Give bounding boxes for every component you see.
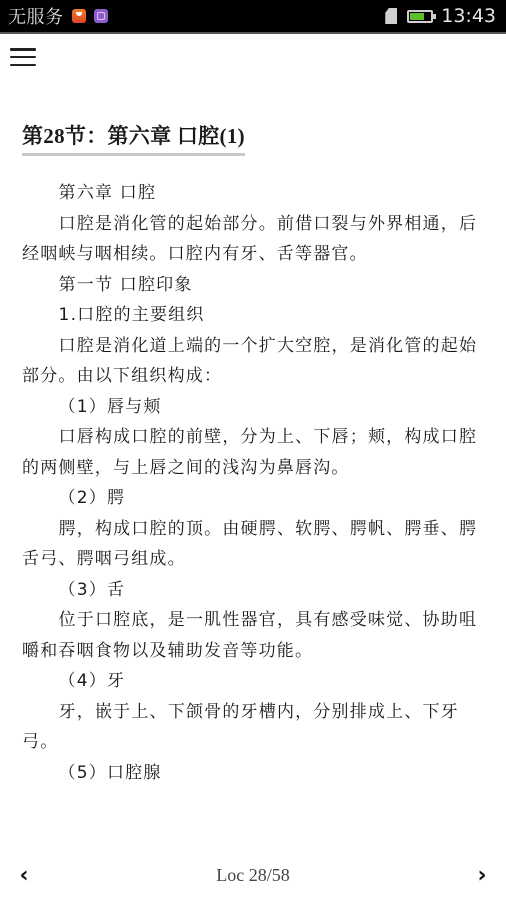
location-indicator: Loc 28/58: [216, 865, 290, 886]
hamburger-menu-icon[interactable]: [10, 46, 36, 68]
paragraph: 口腔是消化管的起始部分。前借口裂与外界相通，后经咽峡与咽相续。口腔内有牙、舌等器…: [22, 209, 488, 270]
paragraph: 位于口腔底，是一肌性器官，具有感受味觉、协助咀嚼和吞咽食物以及辅助发音等功能。: [22, 605, 488, 666]
purple-app-notification-icon: [94, 9, 108, 23]
chevron-right-icon[interactable]: ›: [472, 863, 492, 888]
paragraph: 腭，构成口腔的顶。由硬腭、软腭、腭帆、腭垂、腭舌弓、腭咽弓组成。: [22, 514, 488, 575]
paragraph: 牙，嵌于上、下颌骨的牙槽内，分别排成上、下牙弓。: [22, 697, 488, 758]
battery-charging-icon: [407, 10, 433, 23]
chevron-left-icon[interactable]: ‹: [14, 863, 34, 888]
paragraph: （1）唇与颊: [22, 392, 488, 423]
status-bar-right: 13:43: [385, 5, 496, 27]
orange-app-notification-icon: [72, 9, 86, 23]
paragraph: 第六章 口腔: [22, 178, 488, 209]
status-bar: 无服务 13:43: [0, 0, 506, 34]
paragraph: 口腔是消化道上端的一个扩大空腔，是消化管的起始部分。由以下组织构成：: [22, 331, 488, 392]
chapter-title: 第28节：第六章 口腔(1): [22, 120, 245, 156]
bottom-navigation: ‹ Loc 28/58 ›: [0, 850, 506, 900]
paragraph: （2）腭: [22, 483, 488, 514]
paragraph: 1.口腔的主要组织: [22, 300, 488, 331]
paragraph: 第一节 口腔印象: [22, 270, 488, 301]
carrier-label: 无服务: [8, 3, 64, 29]
paragraph: 口唇构成口腔的前壁，分为上、下唇；颊，构成口腔的两侧壁，与上唇之间的浅沟为鼻唇沟…: [22, 422, 488, 483]
status-bar-left: 无服务: [8, 3, 108, 29]
clock: 13:43: [441, 5, 496, 27]
reader-content: 第六章 口腔 口腔是消化管的起始部分。前借口裂与外界相通，后经咽峡与咽相续。口腔…: [22, 178, 488, 788]
paragraph: （3）舌: [22, 575, 488, 606]
paragraph: （4）牙: [22, 666, 488, 697]
paragraph: （5）口腔腺: [22, 758, 488, 789]
sim-card-icon: [385, 8, 397, 24]
